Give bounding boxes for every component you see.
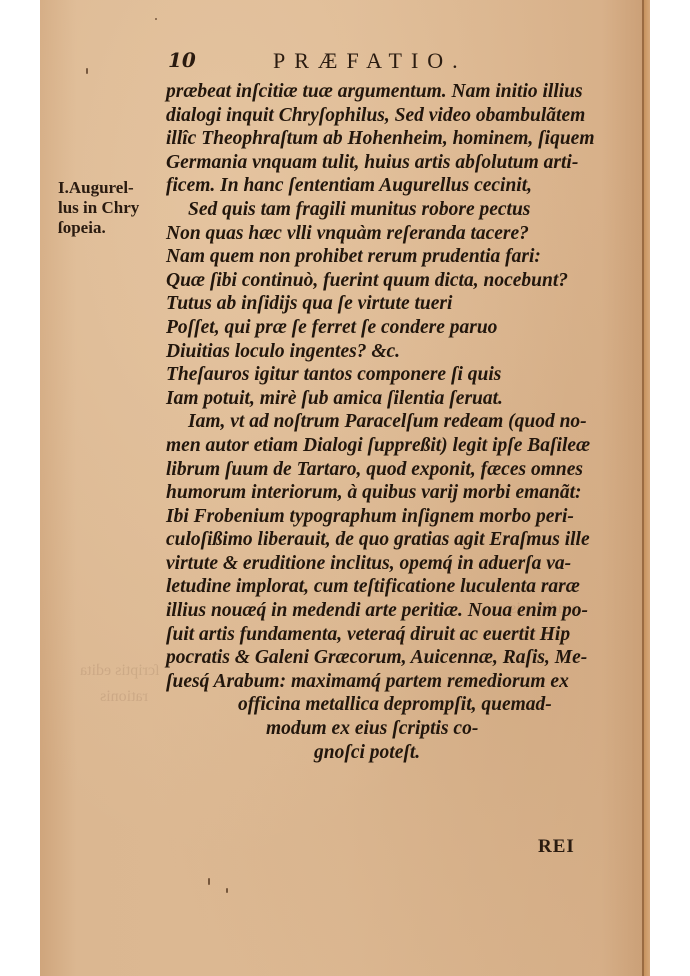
verse-line: Diuitias loculo ingentes? &c. (166, 340, 596, 364)
text-line: librum ſuum de Tartaro, quod exponit, fæ… (166, 458, 596, 482)
body-text: præbeat inſcitiæ tuæ argumentum. Nam ini… (166, 80, 596, 764)
verse-line: Quæ ſibi continuò, fuerint quum dicta, n… (166, 269, 596, 293)
text-line: dialogi inquit Chryſophilus, Sed video o… (166, 104, 596, 128)
text-line: Ibi Frobenium typographum inſignem morbo… (166, 505, 596, 529)
margin-note-line: ſopeia. (58, 218, 168, 238)
text-line: præbeat inſcitiæ tuæ argumentum. Nam ini… (166, 80, 596, 104)
book-page: ſcriptis edita rationis eruditionis 10 P… (40, 0, 650, 976)
text-line: Iam, vt ad noſtrum Paracelſum redeam (qu… (166, 410, 596, 434)
text-line: officina metallica deprompſit, quemad- (166, 693, 596, 717)
text-line: ficem. In hanc ſententiam Augurellus cec… (166, 174, 596, 198)
text-line: letudine implorat, cum teſtificatione lu… (166, 575, 596, 599)
text-line: humorum interiorum, à quibus varij morbi… (166, 481, 596, 505)
page-header: 10 PRÆFATIO. (40, 48, 650, 78)
margin-note: I.Augurel- lus in Chry ſopeia. (58, 178, 168, 238)
text-line: virtute & eruditione inclitus, opemq́ in… (166, 552, 596, 576)
page-number: 10 (168, 48, 196, 72)
margin-note-line: I.Augurel- (58, 178, 168, 198)
text-line: Germania vnquam tulit, huius artis abſol… (166, 151, 596, 175)
catchword: REI (538, 836, 575, 858)
verse-line: Theſauros igitur tantos componere ſi qui… (166, 363, 596, 387)
text-line: gnoſci poteſt. (166, 741, 596, 765)
margin-note-line: lus in Chry (58, 198, 168, 218)
text-line: pocratis & Galeni Græcorum, Auicennæ, Ra… (166, 646, 596, 670)
text-line: illius nouæq́ in medendi arte peritiæ. N… (166, 599, 596, 623)
paper-speck (155, 18, 157, 20)
verse-line: Sed quis tam fragili munitus robore pect… (166, 198, 596, 222)
running-head: PRÆFATIO. (273, 48, 467, 74)
page-edge-line (642, 0, 644, 976)
verse-line: Nam quem non prohibet rerum prudentia fa… (166, 245, 596, 269)
paper-speck (226, 888, 228, 893)
text-line: men autor etiam Dialogi ſuppreßit) legit… (166, 434, 596, 458)
text-line: illîc Theophraſtum ab Hohenheim, hominem… (166, 127, 596, 151)
verse-line: Tutus ab inſidijs qua ſe virtute tueri (166, 292, 596, 316)
text-line: culoſißimo liberauit, de quo gratias agi… (166, 528, 596, 552)
text-line: ſuesq́ Arabum: maximamq́ partem remedior… (166, 670, 596, 694)
verse-line: Poſſet, qui præ ſe ferret ſe condere par… (166, 316, 596, 340)
bleed-through-text: rationis (100, 688, 148, 706)
paper-speck (208, 878, 210, 885)
verse-line: Iam potuit, mirè ſub amica ſilentia ſeru… (166, 387, 596, 411)
text-line: ſuit artis fundamenta, veteraq́ diruit a… (166, 623, 596, 647)
bleed-through-text: ſcriptis edita (80, 662, 160, 680)
page-edge-outer (644, 0, 650, 976)
verse-line: Non quas hæc vlli vnquàm reſeranda tacer… (166, 222, 596, 246)
text-line: modum ex eius ſcriptis co- (166, 717, 596, 741)
